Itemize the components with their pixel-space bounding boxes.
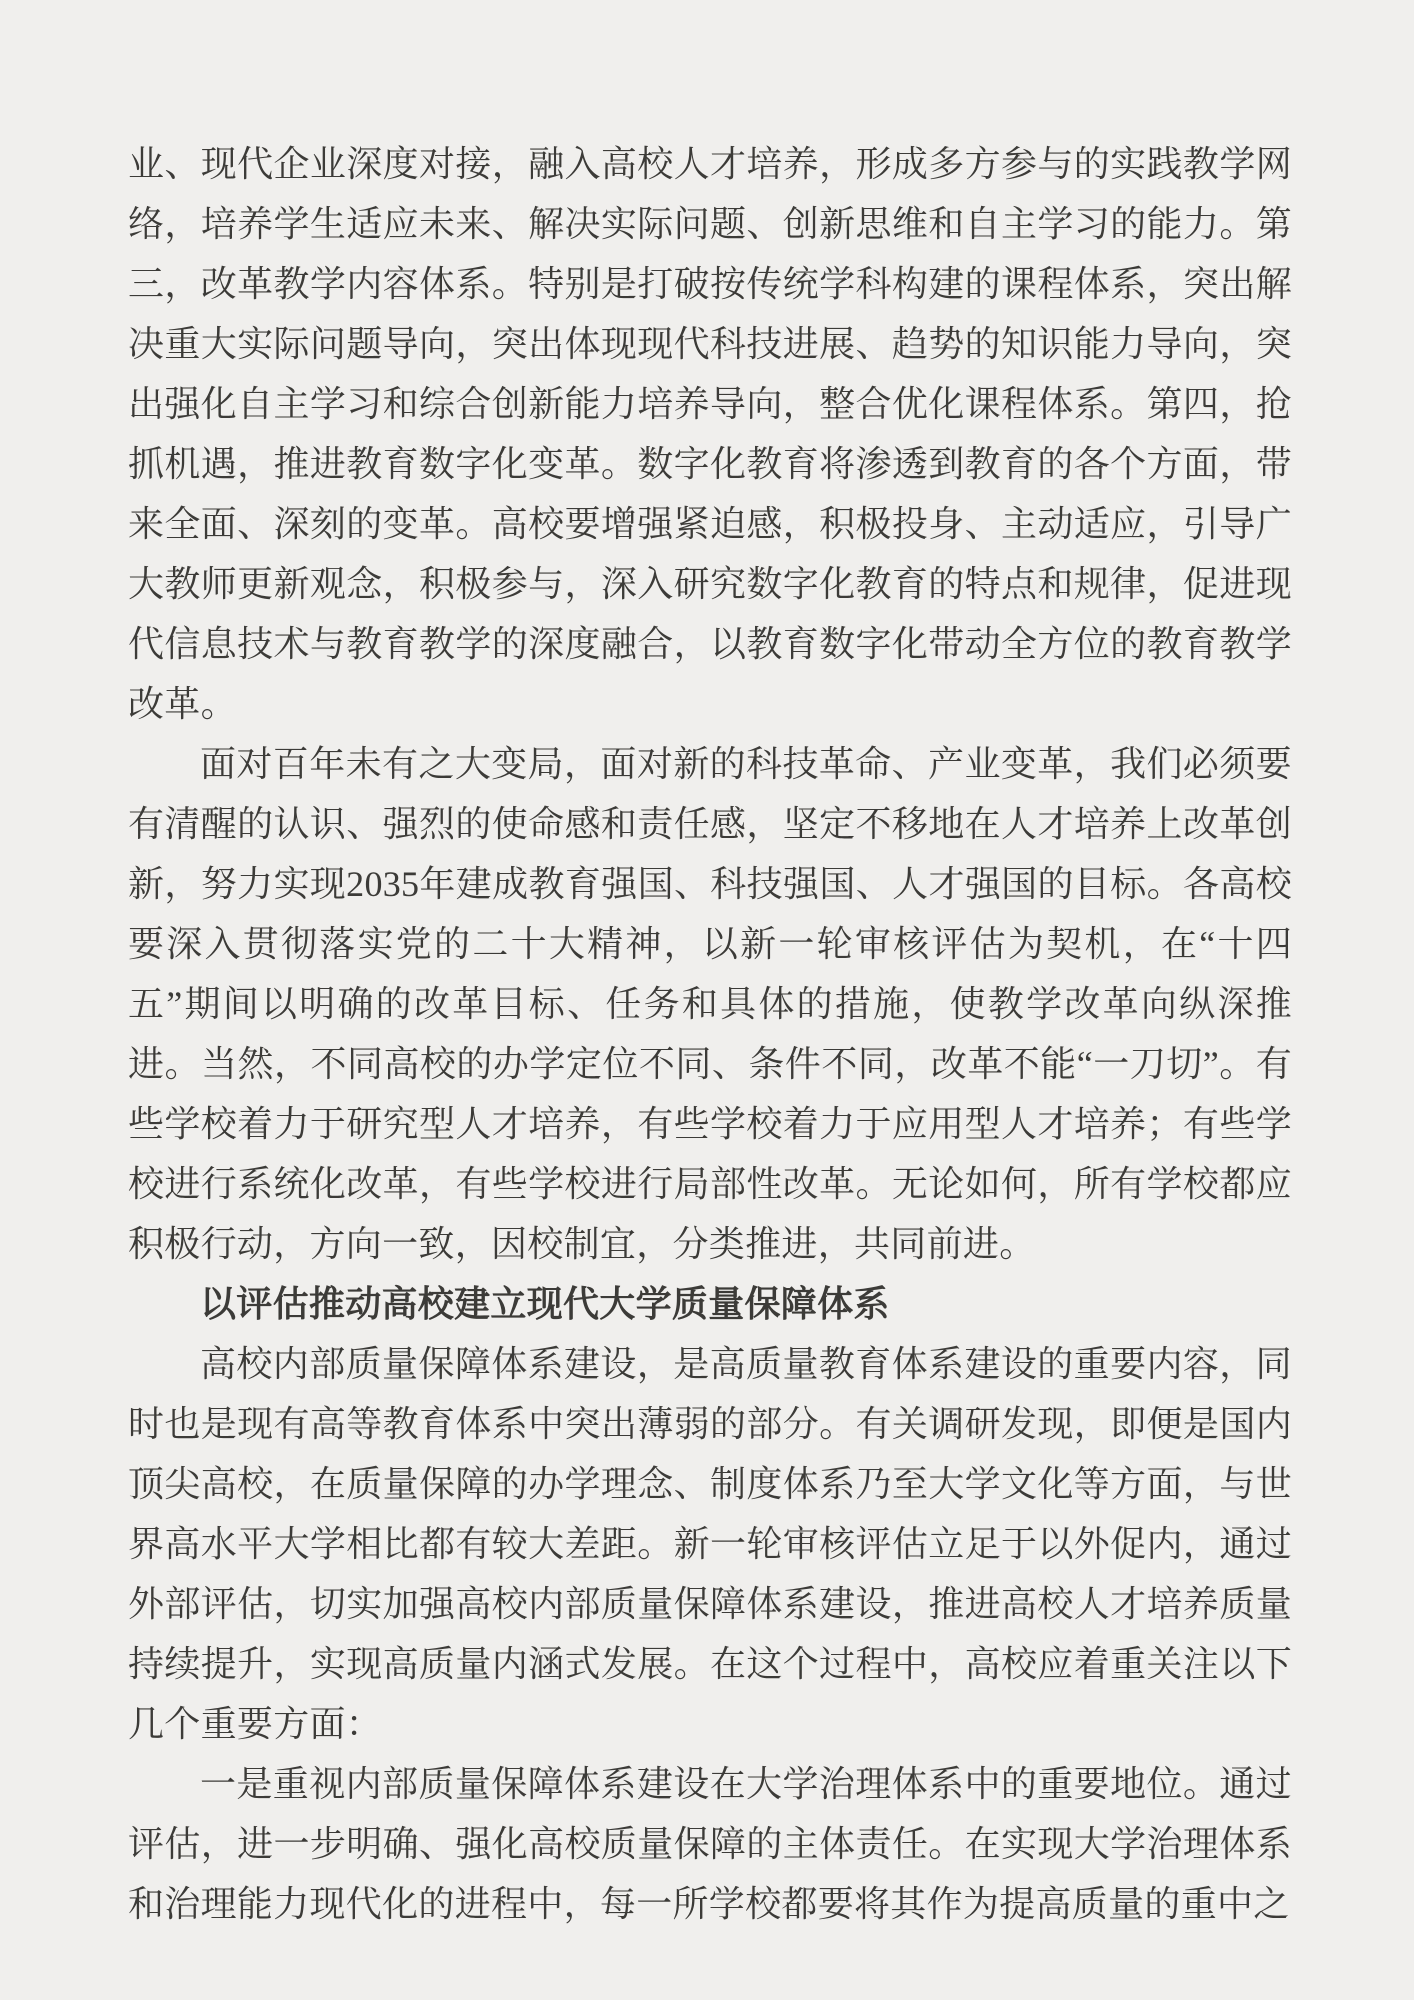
paragraph: 高校内部质量保障体系建设，是高质量教育体系建设的重要内容，同时也是现有高等教育体… [128, 1334, 1292, 1754]
section-heading: 以评估推动高校建立现代大学质量保障体系 [128, 1274, 1292, 1334]
paragraph-continuation: 业、现代企业深度对接，融入高校人才培养，形成多方参与的实践教学网络，培养学生适应… [128, 134, 1292, 734]
paragraph-cutoff-at-page-bottom: 一是重视内部质量保障体系建设在大学治理体系中的重要地位。通过评估，进一步明确、强… [128, 1754, 1292, 1934]
document-page: 业、现代企业深度对接，融入高校人才培养，形成多方参与的实践教学网络，培养学生适应… [0, 0, 1414, 2000]
paragraph: 面对百年未有之大变局，面对新的科技革命、产业变革，我们必须要有清醒的认识、强烈的… [128, 734, 1292, 1274]
